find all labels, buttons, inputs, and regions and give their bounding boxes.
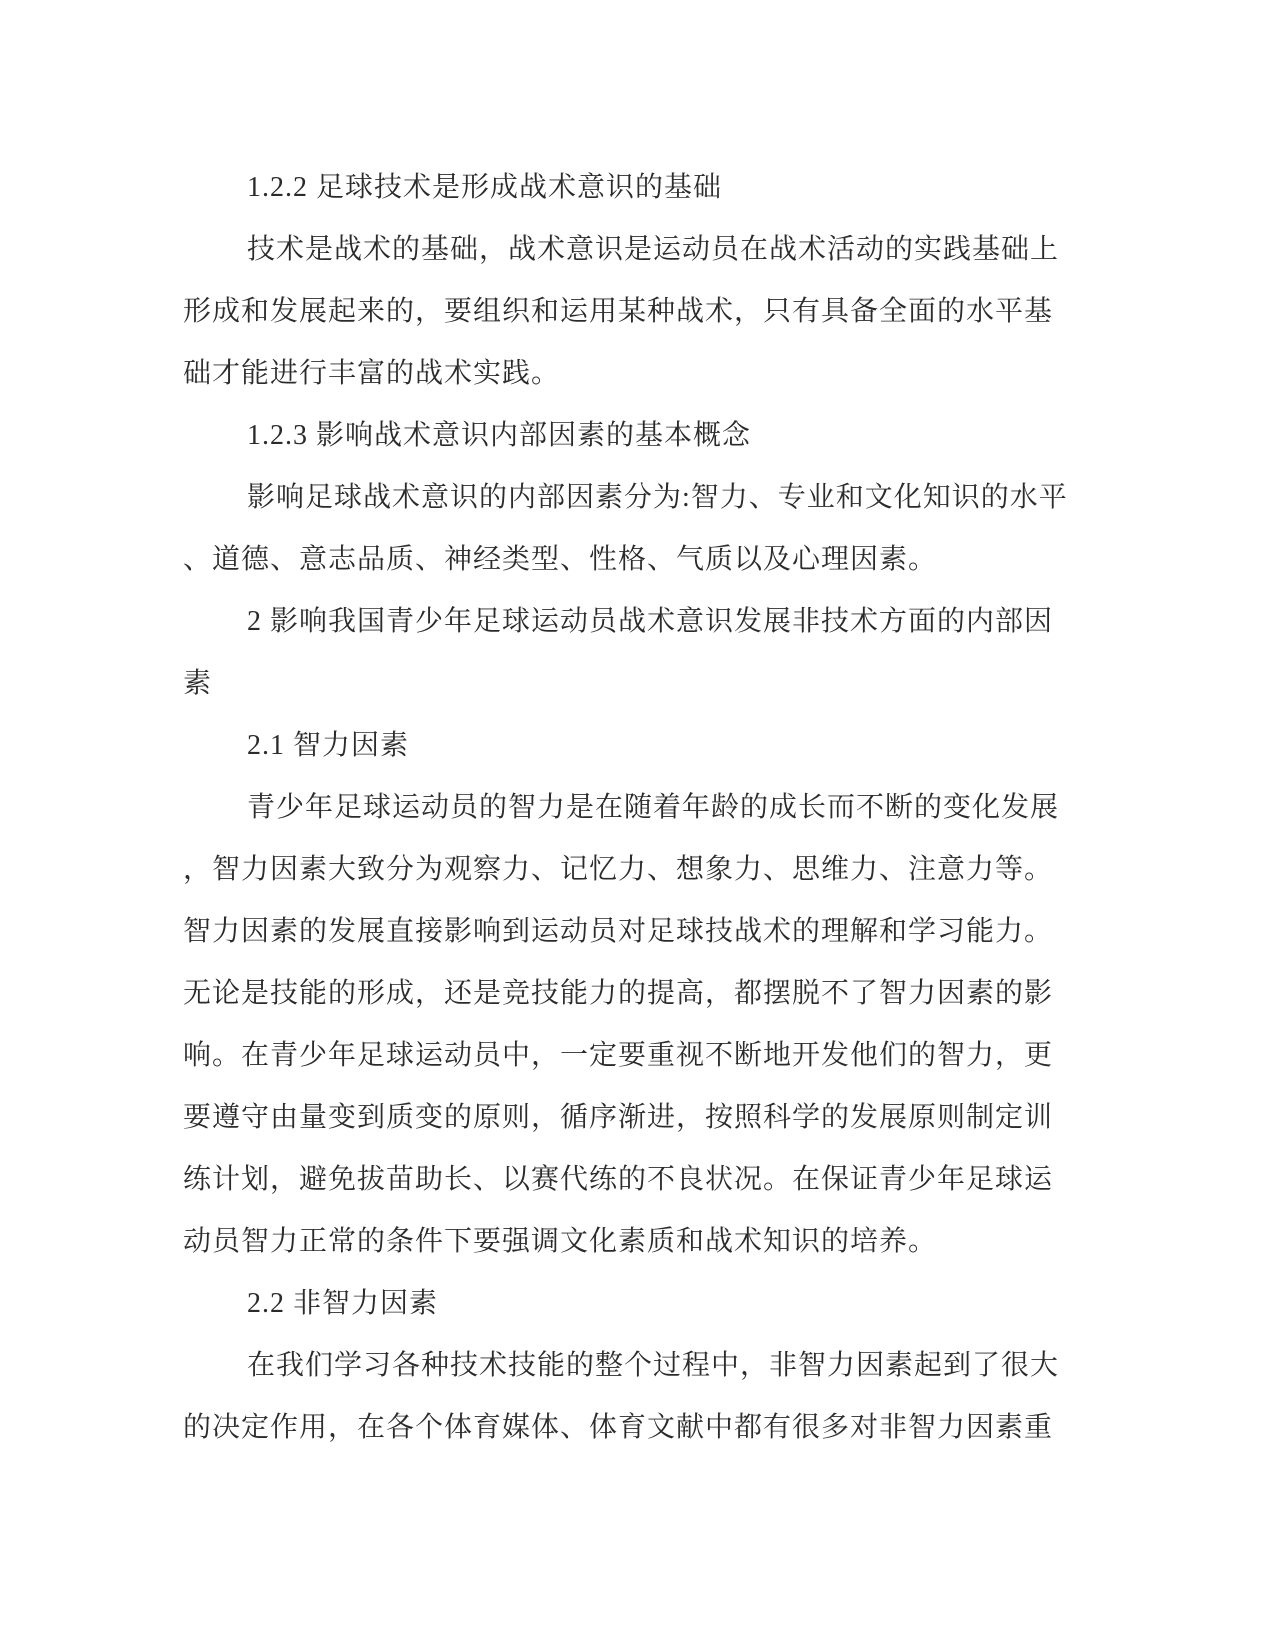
paragraph-line: 要遵守由量变到质变的原则，循序渐进，按照科学的发展原则制定训 xyxy=(183,1087,1053,1149)
paragraph-line: 动员智力正常的条件下要强调文化素质和战术知识的培养。 xyxy=(183,1211,1053,1273)
paragraph-line: 形成和发展起来的，要组织和运用某种战术，只有具备全面的水平基 xyxy=(183,281,1053,343)
section-heading-2-1: 2.1 智力因素 xyxy=(183,715,1053,777)
document-page: 1.2.2 足球技术是形成战术意识的基础 技术是战术的基础，战术意识是运动员在战… xyxy=(0,0,1275,1650)
paragraph-line: 技术是战术的基础，战术意识是运动员在战术活动的实践基础上 xyxy=(183,219,1053,281)
document-text-block: 1.2.2 足球技术是形成战术意识的基础 技术是战术的基础，战术意识是运动员在战… xyxy=(183,157,1053,1459)
paragraph-line: 练计划，避免拔苗助长、以赛代练的不良状况。在保证青少年足球运 xyxy=(183,1149,1053,1211)
section-heading-2-continuation: 素 xyxy=(183,653,1053,715)
section-heading-2-2: 2.2 非智力因素 xyxy=(183,1273,1053,1335)
paragraph-line: 响。在青少年足球运动员中，一定要重视不断地开发他们的智力，更 xyxy=(183,1025,1053,1087)
section-heading-1-2-2: 1.2.2 足球技术是形成战术意识的基础 xyxy=(183,157,1053,219)
paragraph-line: 在我们学习各种技术技能的整个过程中，非智力因素起到了很大 xyxy=(183,1335,1053,1397)
paragraph-line: 青少年足球运动员的智力是在随着年龄的成长而不断的变化发展 xyxy=(183,777,1053,839)
paragraph-line: 的决定作用，在各个体育媒体、体育文献中都有很多对非智力因素重 xyxy=(183,1397,1053,1459)
paragraph-line: 、道德、意志品质、神经类型、性格、气质以及心理因素。 xyxy=(183,529,1053,591)
paragraph-line: 智力因素的发展直接影响到运动员对足球技战术的理解和学习能力。 xyxy=(183,901,1053,963)
paragraph-line: ，智力因素大致分为观察力、记忆力、想象力、思维力、注意力等。 xyxy=(183,839,1053,901)
paragraph-line: 无论是技能的形成，还是竞技能力的提高，都摆脱不了智力因素的影 xyxy=(183,963,1053,1025)
paragraph-line: 础才能进行丰富的战术实践。 xyxy=(183,343,1053,405)
section-heading-2: 2 影响我国青少年足球运动员战术意识发展非技术方面的内部因 xyxy=(183,591,1053,653)
section-heading-1-2-3: 1.2.3 影响战术意识内部因素的基本概念 xyxy=(183,405,1053,467)
paragraph-line: 影响足球战术意识的内部因素分为:智力、专业和文化知识的水平 xyxy=(183,467,1053,529)
